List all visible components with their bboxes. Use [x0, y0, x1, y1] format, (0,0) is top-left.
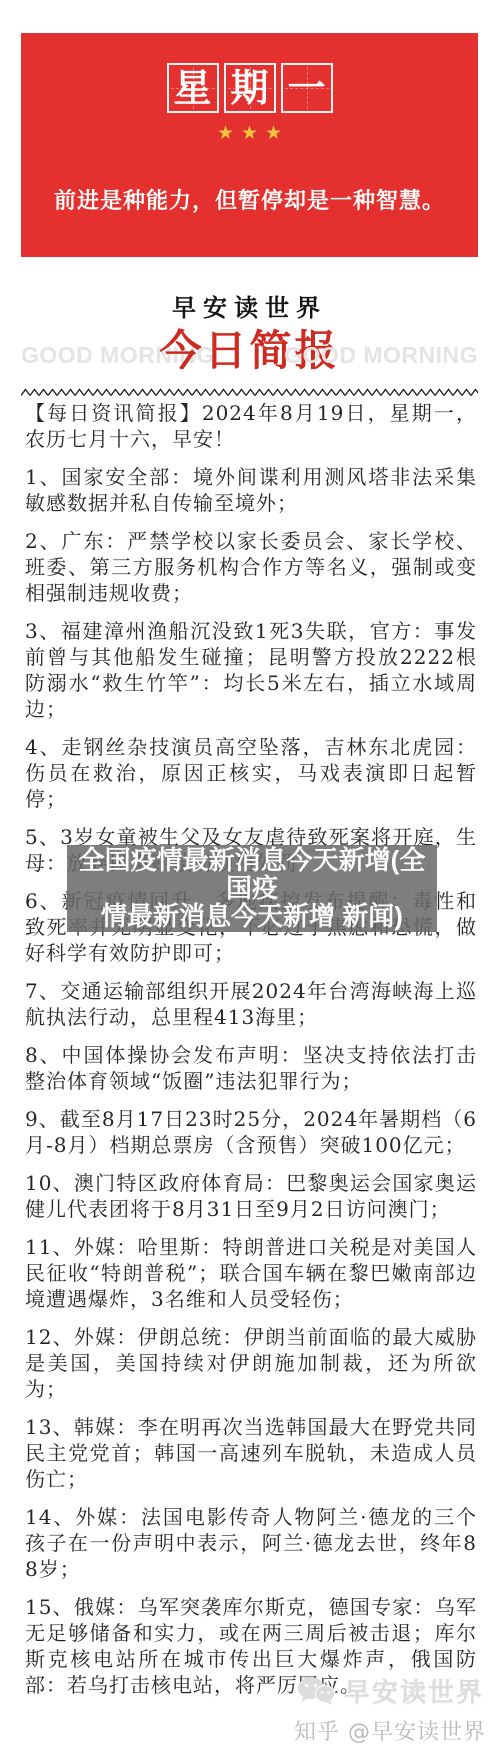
footer-brand-text: 早安读世界: [344, 1672, 484, 1709]
news-section: 【每日资讯简报】2024年8月19日，星期一，农历七月十六，早安！ 1、国家安全…: [25, 400, 477, 1710]
stars-icon: ★★★: [21, 122, 478, 144]
wechat-icon: [296, 1675, 336, 1707]
news-list: 1、国家安全部：境外间谍利用测风塔非法采集敏感数据并私自传输至境外；2、广东：严…: [25, 464, 477, 1698]
news-item: 13、韩媒：李在明再次当选韩国最大在野党共同民主党党首；韩国一高速列车脱轨，未造…: [25, 1414, 477, 1492]
zigzag-divider: [21, 388, 478, 397]
news-item: 8、中国体操协会发布声明：坚决支持依法打击整治体育领域“饭圈”违法犯罪行为；: [25, 1042, 477, 1094]
watermark-overlay: 全国疫情最新消息今天新增(全国疫 情最新消息今天新增 新闻): [67, 845, 437, 932]
footer-brand-watermark: 早安读世界: [296, 1672, 484, 1709]
briefing-intro: 【每日资讯简报】2024年8月19日，星期一，农历七月十六，早安！: [25, 400, 477, 452]
briefing-page: 星 期 一 ★★★ 前进是种能力，但暂停却是一种智慧。 早安读世界 GOOD M…: [0, 0, 500, 1751]
weekday-grid: 星 期 一: [21, 63, 478, 113]
news-item: 12、外媒：伊朗总统：伊朗当前面临的最大威胁是美国，美国持续对伊朗施加制裁，还为…: [25, 1324, 477, 1402]
watermark-line1: 全国疫情最新消息今天新增(全国疫: [67, 846, 437, 902]
weekday-char: 一: [287, 69, 325, 107]
character-grid-box: 星: [167, 63, 219, 113]
news-item: 10、澳门特区政府体育局：巴黎奥运会国家奥运健儿代表团将于8月31日至9月2日访…: [25, 1170, 477, 1222]
news-item: 14、外媒：法国电影传奇人物阿兰·德龙的三个孩子在一份声明中表示，阿兰·德龙去世…: [25, 1504, 477, 1582]
weekday-char: 期: [230, 69, 268, 107]
news-item: 4、走钢丝杂技演员高空坠落，吉林东北虎园：伤员在救治，原因正核实，马戏表演即日起…: [25, 734, 477, 812]
good-morning-text-right: GOOD MORNING: [284, 342, 478, 369]
news-item: 1、国家安全部：境外间谍利用测风塔非法采集敏感数据并私自传输至境外；: [25, 464, 477, 516]
news-item: 9、截至8月17日23时25分，2024年暑期档（6月-8月）档期总票房（含预售…: [25, 1106, 477, 1158]
daily-quote: 前进是种能力，但暂停却是一种智慧。: [21, 184, 478, 215]
title-row: GOOD MORNING 今日简报 GOOD MORNING: [21, 327, 478, 375]
news-item: 3、福建漳州渔船沉没致1死3失联，官方：事发前曾与其他船发生碰撞；昆明警方投放2…: [25, 618, 477, 722]
news-item: 2、广东：严禁学校以家长委员会、家长学校、班委、第三方服务机构合作方等名义，强制…: [25, 528, 477, 606]
weekday-char: 星: [173, 69, 211, 107]
news-item: 7、交通运输部组织开展2024年台湾海峡海上巡航执法行动，总里程413海里；: [25, 978, 477, 1030]
character-grid-box: 期: [224, 63, 276, 113]
weekday-banner: 星 期 一 ★★★ 前进是种能力，但暂停却是一种智慧。: [21, 33, 478, 257]
brand-title: 早安读世界: [21, 288, 478, 323]
zhihu-credit: 知乎 @早安读世界: [294, 1715, 486, 1746]
character-grid-box: 一: [281, 63, 333, 113]
masthead: 早安读世界 GOOD MORNING 今日简报 GOOD MORNING: [21, 257, 478, 397]
news-item: 11、外媒：哈里斯：特朗普进口关税是对美国人民征收“特朗普税”；联合国车辆在黎巴…: [25, 1234, 477, 1312]
watermark-line2: 情最新消息今天新增 新闻): [67, 902, 437, 930]
